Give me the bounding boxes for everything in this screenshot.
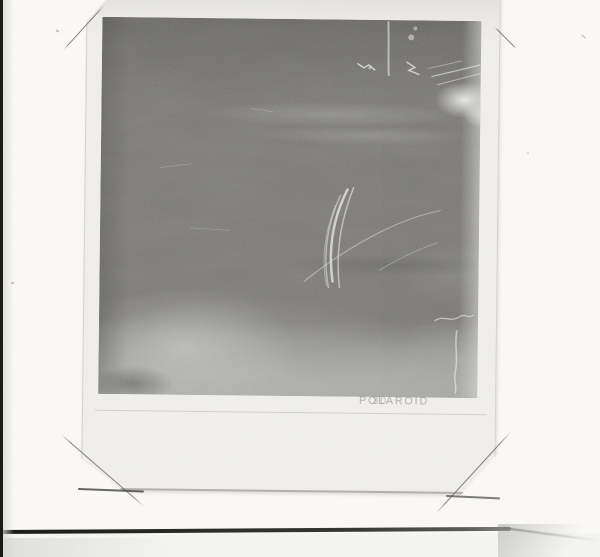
polaroid-brand-text: POLAROID — [359, 395, 429, 408]
polaroid-print: POLAROID 30 — [81, 0, 501, 494]
dust-speck — [11, 282, 14, 284]
scanner-edge-gradient — [3, 0, 14, 557]
polaroid-brand-code: 30 — [372, 395, 388, 407]
dust-speck — [581, 35, 586, 39]
scanned-album-page: POLAROID 30 — [0, 0, 600, 557]
shadow-patch-bottom-left — [0, 538, 170, 557]
dust-speck — [527, 152, 529, 154]
photo-grain-and-scratches — [98, 17, 481, 398]
